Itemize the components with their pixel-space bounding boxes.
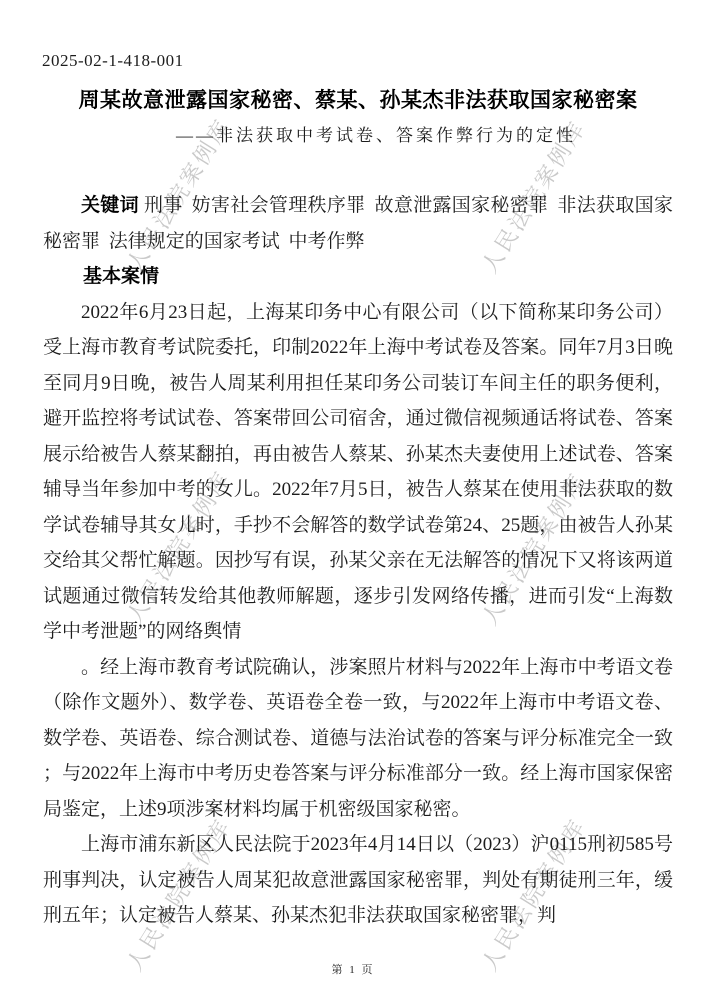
case-paragraph: 。经上海市教育考试院确认，涉案照片材料与2022年上海市中考语文卷（除作文题外）… bbox=[43, 650, 673, 828]
document-content: 2025-02-1-418-001 周某故意泄露国家秘密、蔡某、孙某杰非法获取国… bbox=[43, 0, 673, 934]
case-title: 周某故意泄露国家秘密、蔡某、孙某杰非法获取国家秘密案 bbox=[43, 86, 673, 115]
doc-number: 2025-02-1-418-001 bbox=[42, 0, 673, 72]
document-page: 人民法院案例库 人民法院案例库 人民法院案例库 人民法院案例库 人民法院案例库 … bbox=[0, 0, 706, 999]
case-body: 2022年6月23日起，上海某印务中心有限公司（以下简称某印务公司）受上海市教育… bbox=[43, 295, 673, 934]
section-heading-basic-facts: 基本案情 bbox=[83, 259, 673, 295]
case-paragraph: 上海市浦东新区人民法院于2023年4月14日以（2023）沪0115刑初585号… bbox=[43, 827, 673, 934]
case-paragraph: 2022年6月23日起，上海某印务中心有限公司（以下简称某印务公司）受上海市教育… bbox=[43, 295, 673, 650]
keywords-line: 关键词 刑事 妨害社会管理秩序罪 故意泄露国家秘密罪 非法获取国家秘密罪 法律规… bbox=[43, 188, 673, 259]
keywords-label: 关键词 bbox=[81, 195, 139, 216]
case-subtitle: ——非法获取中考试卷、答案作弊行为的定性 bbox=[43, 124, 673, 148]
page-number: 第 1 页 bbox=[0, 961, 706, 977]
